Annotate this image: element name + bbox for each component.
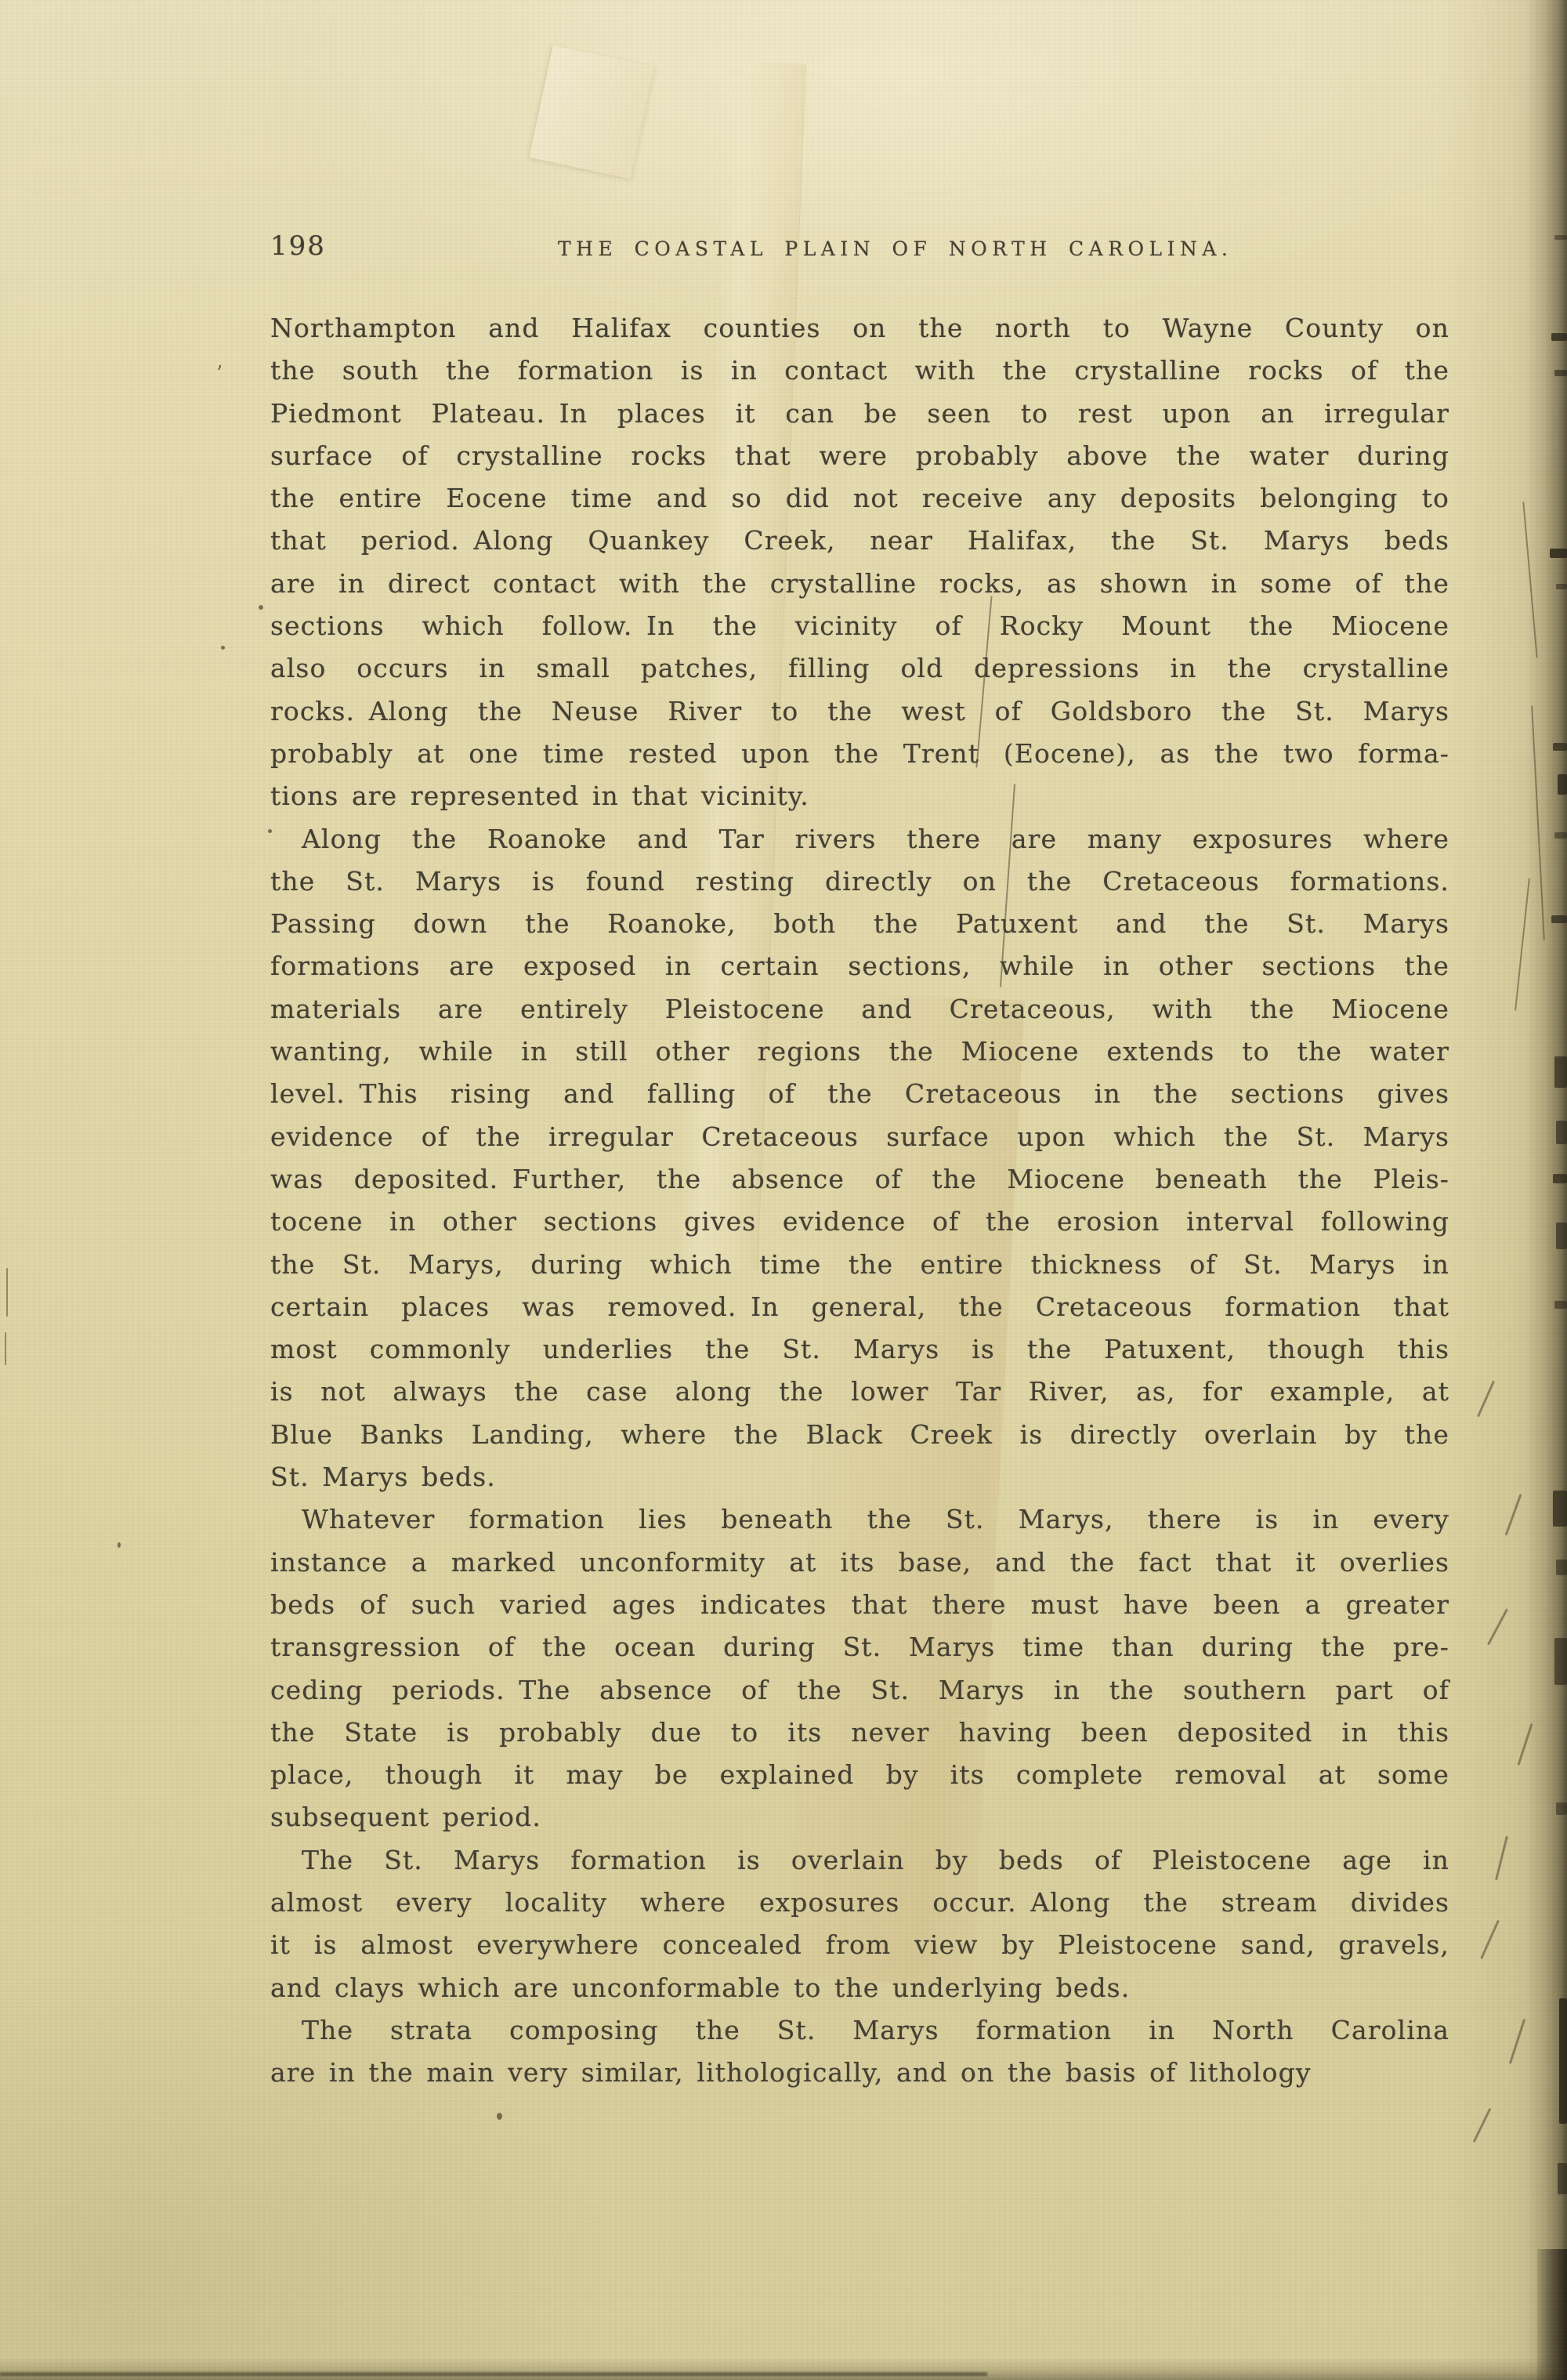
crack-line-mark bbox=[1487, 1608, 1508, 1645]
text-line: are in the main very similar, lithologic… bbox=[270, 2052, 1449, 2094]
text-line: Piedmont Plateau. In places it can be se… bbox=[270, 393, 1449, 435]
stray-period-mark bbox=[259, 605, 263, 610]
running-title: THE COASTAL PLAIN OF NORTH CAROLINA. bbox=[558, 237, 1232, 260]
crack-line-mark bbox=[1517, 1723, 1533, 1766]
scanned-book-page: 198 THE COASTAL PLAIN OF NORTH CAROLINA.… bbox=[0, 0, 1567, 2380]
text-line: and clays which are unconformable to the… bbox=[270, 1967, 1449, 2009]
text-line: St. Marys beds. bbox=[270, 1456, 1449, 1498]
left-edge-stroke bbox=[5, 1332, 6, 1365]
text-line: are in direct contact with the crystalli… bbox=[270, 563, 1449, 605]
text-line: almost every locality where exposures oc… bbox=[270, 1882, 1449, 1924]
text-line: also occurs in small patches, filling ol… bbox=[270, 647, 1449, 690]
left-edge-stroke bbox=[6, 1268, 8, 1317]
crack-line-mark bbox=[1505, 1494, 1522, 1536]
text-line: The St. Marys formation is overlain by b… bbox=[270, 1839, 1449, 1882]
page-edge-mark bbox=[1556, 584, 1567, 589]
page-edge-mark bbox=[1550, 549, 1567, 558]
bottom-center-mark bbox=[497, 2113, 502, 2120]
margin-speck bbox=[118, 1542, 121, 1548]
stray-apostrophe-mark: ’ bbox=[216, 362, 223, 386]
page-edge-mark bbox=[1556, 1121, 1567, 1144]
page-edge-mark bbox=[1559, 1998, 1567, 2124]
right-margin-shade bbox=[1442, 0, 1567, 2380]
text-line: beds of such varied ages indicates that … bbox=[270, 1584, 1449, 1626]
crack-line-mark bbox=[1495, 1835, 1508, 1880]
page-edge-mark bbox=[1551, 915, 1567, 923]
text-line: The strata composing the St. Marys forma… bbox=[270, 2009, 1449, 2052]
text-line: Northampton and Halifax counties on the … bbox=[270, 307, 1449, 350]
text-line: tocene in other sections gives evidence … bbox=[270, 1201, 1449, 1243]
book-page-edge bbox=[1526, 0, 1567, 2380]
margin-speck bbox=[221, 646, 225, 650]
crack-line-mark bbox=[1477, 1381, 1495, 1418]
text-line: it is almost everywhere concealed from v… bbox=[270, 1924, 1449, 1966]
text-line: Blue Banks Landing, where the Black Cree… bbox=[270, 1414, 1449, 1456]
bottom-right-corner-shadow bbox=[1537, 2249, 1567, 2380]
text-line: is not always the case along the lower T… bbox=[270, 1371, 1449, 1413]
bottom-page-edge bbox=[0, 2357, 1567, 2380]
page-number: 198 bbox=[270, 230, 326, 262]
crack-line-mark bbox=[1509, 2019, 1525, 2064]
crack-line-mark bbox=[1480, 1920, 1500, 1960]
text-line: materials are entirely Pleistocene and C… bbox=[270, 988, 1449, 1031]
text-line: the south the formation is in contact wi… bbox=[270, 350, 1449, 392]
page-edge-mark bbox=[1554, 370, 1567, 376]
text-line: transgression of the ocean during St. Ma… bbox=[270, 1626, 1449, 1668]
text-line: the entire Eocene time and so did not re… bbox=[270, 477, 1449, 520]
text-line: tions are represented in that vicinity. bbox=[270, 775, 1449, 817]
page-edge-mark bbox=[1554, 1301, 1567, 1309]
crack-line-mark bbox=[1473, 2108, 1492, 2143]
text-line: probably at one time rested upon the Tre… bbox=[270, 733, 1449, 775]
page-edge-mark bbox=[1556, 1559, 1567, 1575]
text-line: instance a marked unconformity at its ba… bbox=[270, 1541, 1449, 1584]
text-line: Whatever formation lies beneath the St. … bbox=[270, 1498, 1449, 1541]
text-line: formations are exposed in certain sectio… bbox=[270, 945, 1449, 987]
crack-line-mark bbox=[1515, 878, 1530, 1010]
page-edge-mark bbox=[1556, 1223, 1567, 1249]
page-edge-mark bbox=[1553, 1174, 1567, 1183]
text-block: Northampton and Halifax counties on the … bbox=[270, 307, 1449, 2094]
text-line: ceding periods. The absence of the St. M… bbox=[270, 1669, 1449, 1712]
text-line: certain places was removed. In general, … bbox=[270, 1286, 1449, 1328]
tape-piece-top bbox=[528, 45, 654, 179]
page-edge-mark bbox=[1554, 235, 1567, 240]
page-edge-mark bbox=[1553, 1491, 1567, 1527]
page-edge-mark bbox=[1558, 2163, 1567, 2194]
text-line: was deposited. Further, the absence of t… bbox=[270, 1158, 1449, 1201]
page-edge-mark bbox=[1554, 1056, 1567, 1088]
page-edge-mark bbox=[1551, 333, 1567, 341]
text-line: sections which follow. In the vicinity o… bbox=[270, 605, 1449, 647]
text-line: surface of crystalline rocks that were p… bbox=[270, 435, 1449, 477]
page-edge-mark bbox=[1556, 1802, 1567, 1815]
crack-line-mark bbox=[1531, 705, 1545, 940]
page-edge-mark bbox=[1554, 1638, 1567, 1685]
crack-line-mark bbox=[1522, 502, 1537, 657]
text-line: Along the Roanoke and Tar rivers there a… bbox=[270, 818, 1449, 860]
page-edge-mark bbox=[1558, 774, 1567, 795]
text-line: the St. Marys is found resting directly … bbox=[270, 860, 1449, 903]
text-line: evidence of the irregular Cretaceous sur… bbox=[270, 1116, 1449, 1158]
text-line: rocks. Along the Neuse River to the west… bbox=[270, 690, 1449, 733]
text-line: the St. Marys, during which time the ent… bbox=[270, 1244, 1449, 1286]
text-line: the State is probably due to its never h… bbox=[270, 1712, 1449, 1754]
text-line: subsequent period. bbox=[270, 1796, 1449, 1838]
text-line: level. This rising and falling of the Cr… bbox=[270, 1073, 1449, 1115]
text-line: that period. Along Quankey Creek, near H… bbox=[270, 520, 1449, 562]
text-line: wanting, while in still other regions th… bbox=[270, 1031, 1449, 1073]
text-line: Passing down the Roanoke, both the Patux… bbox=[270, 903, 1449, 945]
text-line: place, though it may be explained by its… bbox=[270, 1754, 1449, 1796]
bottom-edge-line bbox=[0, 2372, 987, 2376]
text-line: most commonly underlies the St. Marys is… bbox=[270, 1328, 1449, 1371]
page-edge-mark bbox=[1553, 743, 1567, 751]
page-edge-mark bbox=[1554, 832, 1567, 839]
